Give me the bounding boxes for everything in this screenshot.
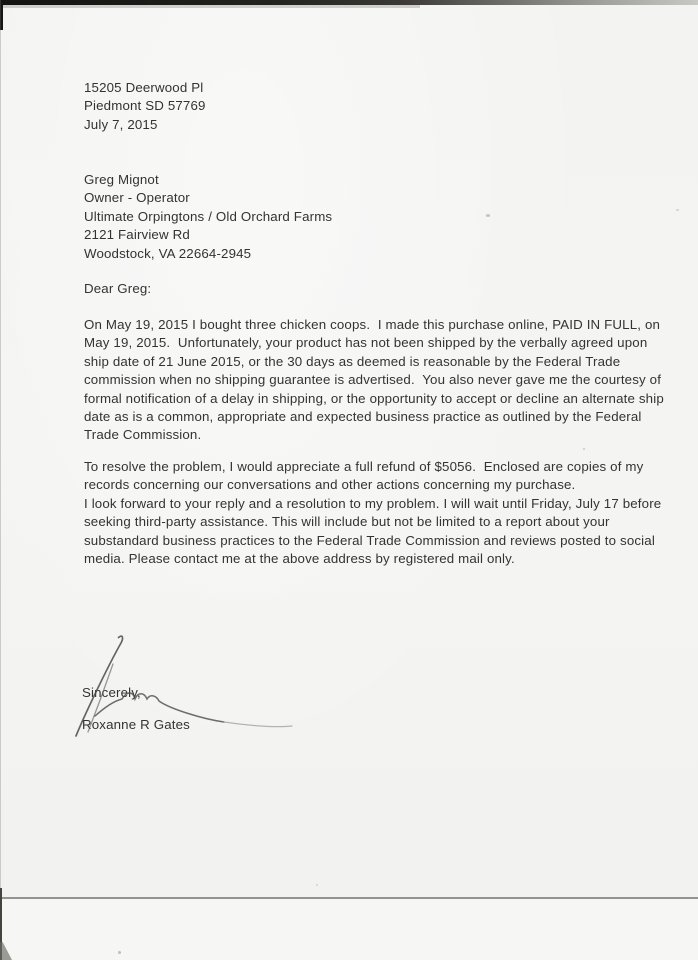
scan-speck: [676, 209, 679, 211]
text-line: July 7, 2015: [84, 116, 206, 134]
sender-address-block: 15205 Deerwood PlPiedmont SD 57769July 7…: [84, 79, 206, 134]
handwritten-signature-icon: [58, 628, 298, 740]
text-line: Piedmont SD 57769: [84, 97, 206, 115]
text-line: Ultimate Orpingtons / Old Orchard Farms: [84, 208, 332, 226]
text-line: formal notification of a delay in shippi…: [84, 390, 664, 408]
scan-speck: [583, 448, 585, 450]
scan-fold-line: [0, 897, 698, 899]
text-line: May 19, 2015. Unfortunately, your produc…: [84, 334, 664, 352]
text-line: substandard business practices to the Fe…: [84, 532, 661, 550]
text-line: To resolve the problem, I would apprecia…: [84, 458, 661, 476]
salutation: Dear Greg:: [84, 280, 151, 298]
recipient-address-block: Greg MignotOwner - OperatorUltimate Orpi…: [84, 171, 332, 263]
text-line: Owner - Operator: [84, 189, 332, 207]
scan-speck: [486, 214, 490, 217]
text-line: seeking third-party assistance. This wil…: [84, 513, 661, 531]
text-line: 15205 Deerwood Pl: [84, 79, 206, 97]
scan-edge-left: [0, 0, 1, 960]
text-line: date as is a common, appropriate and exp…: [84, 408, 664, 426]
text-line: I look forward to your reply and a resol…: [84, 495, 661, 513]
scan-speck: [316, 884, 318, 886]
text-line: records concerning our conversations and…: [84, 476, 661, 494]
text-line: 2121 Fairview Rd: [84, 226, 332, 244]
text-line: Woodstock, VA 22664-2945: [84, 245, 332, 263]
scan-speck: [118, 951, 121, 954]
text-line: media. Please contact me at the above ad…: [84, 550, 661, 568]
body-paragraph-1: On May 19, 2015 I bought three chicken c…: [84, 316, 664, 445]
scan-edge-top-shadow: [0, 5, 420, 8]
scanned-letter-page: 15205 Deerwood PlPiedmont SD 57769July 7…: [0, 0, 698, 960]
body-paragraph-2: To resolve the problem, I would apprecia…: [84, 458, 661, 568]
text-line: Greg Mignot: [84, 171, 332, 189]
text-line: Trade Commission.: [84, 426, 664, 444]
text-line: commission when no shipping guarantee is…: [84, 371, 664, 389]
text-line: ship date of 21 June 2015, or the 30 day…: [84, 353, 664, 371]
scan-paper-fold-area: [0, 899, 698, 960]
text-line: On May 19, 2015 I bought three chicken c…: [84, 316, 664, 334]
